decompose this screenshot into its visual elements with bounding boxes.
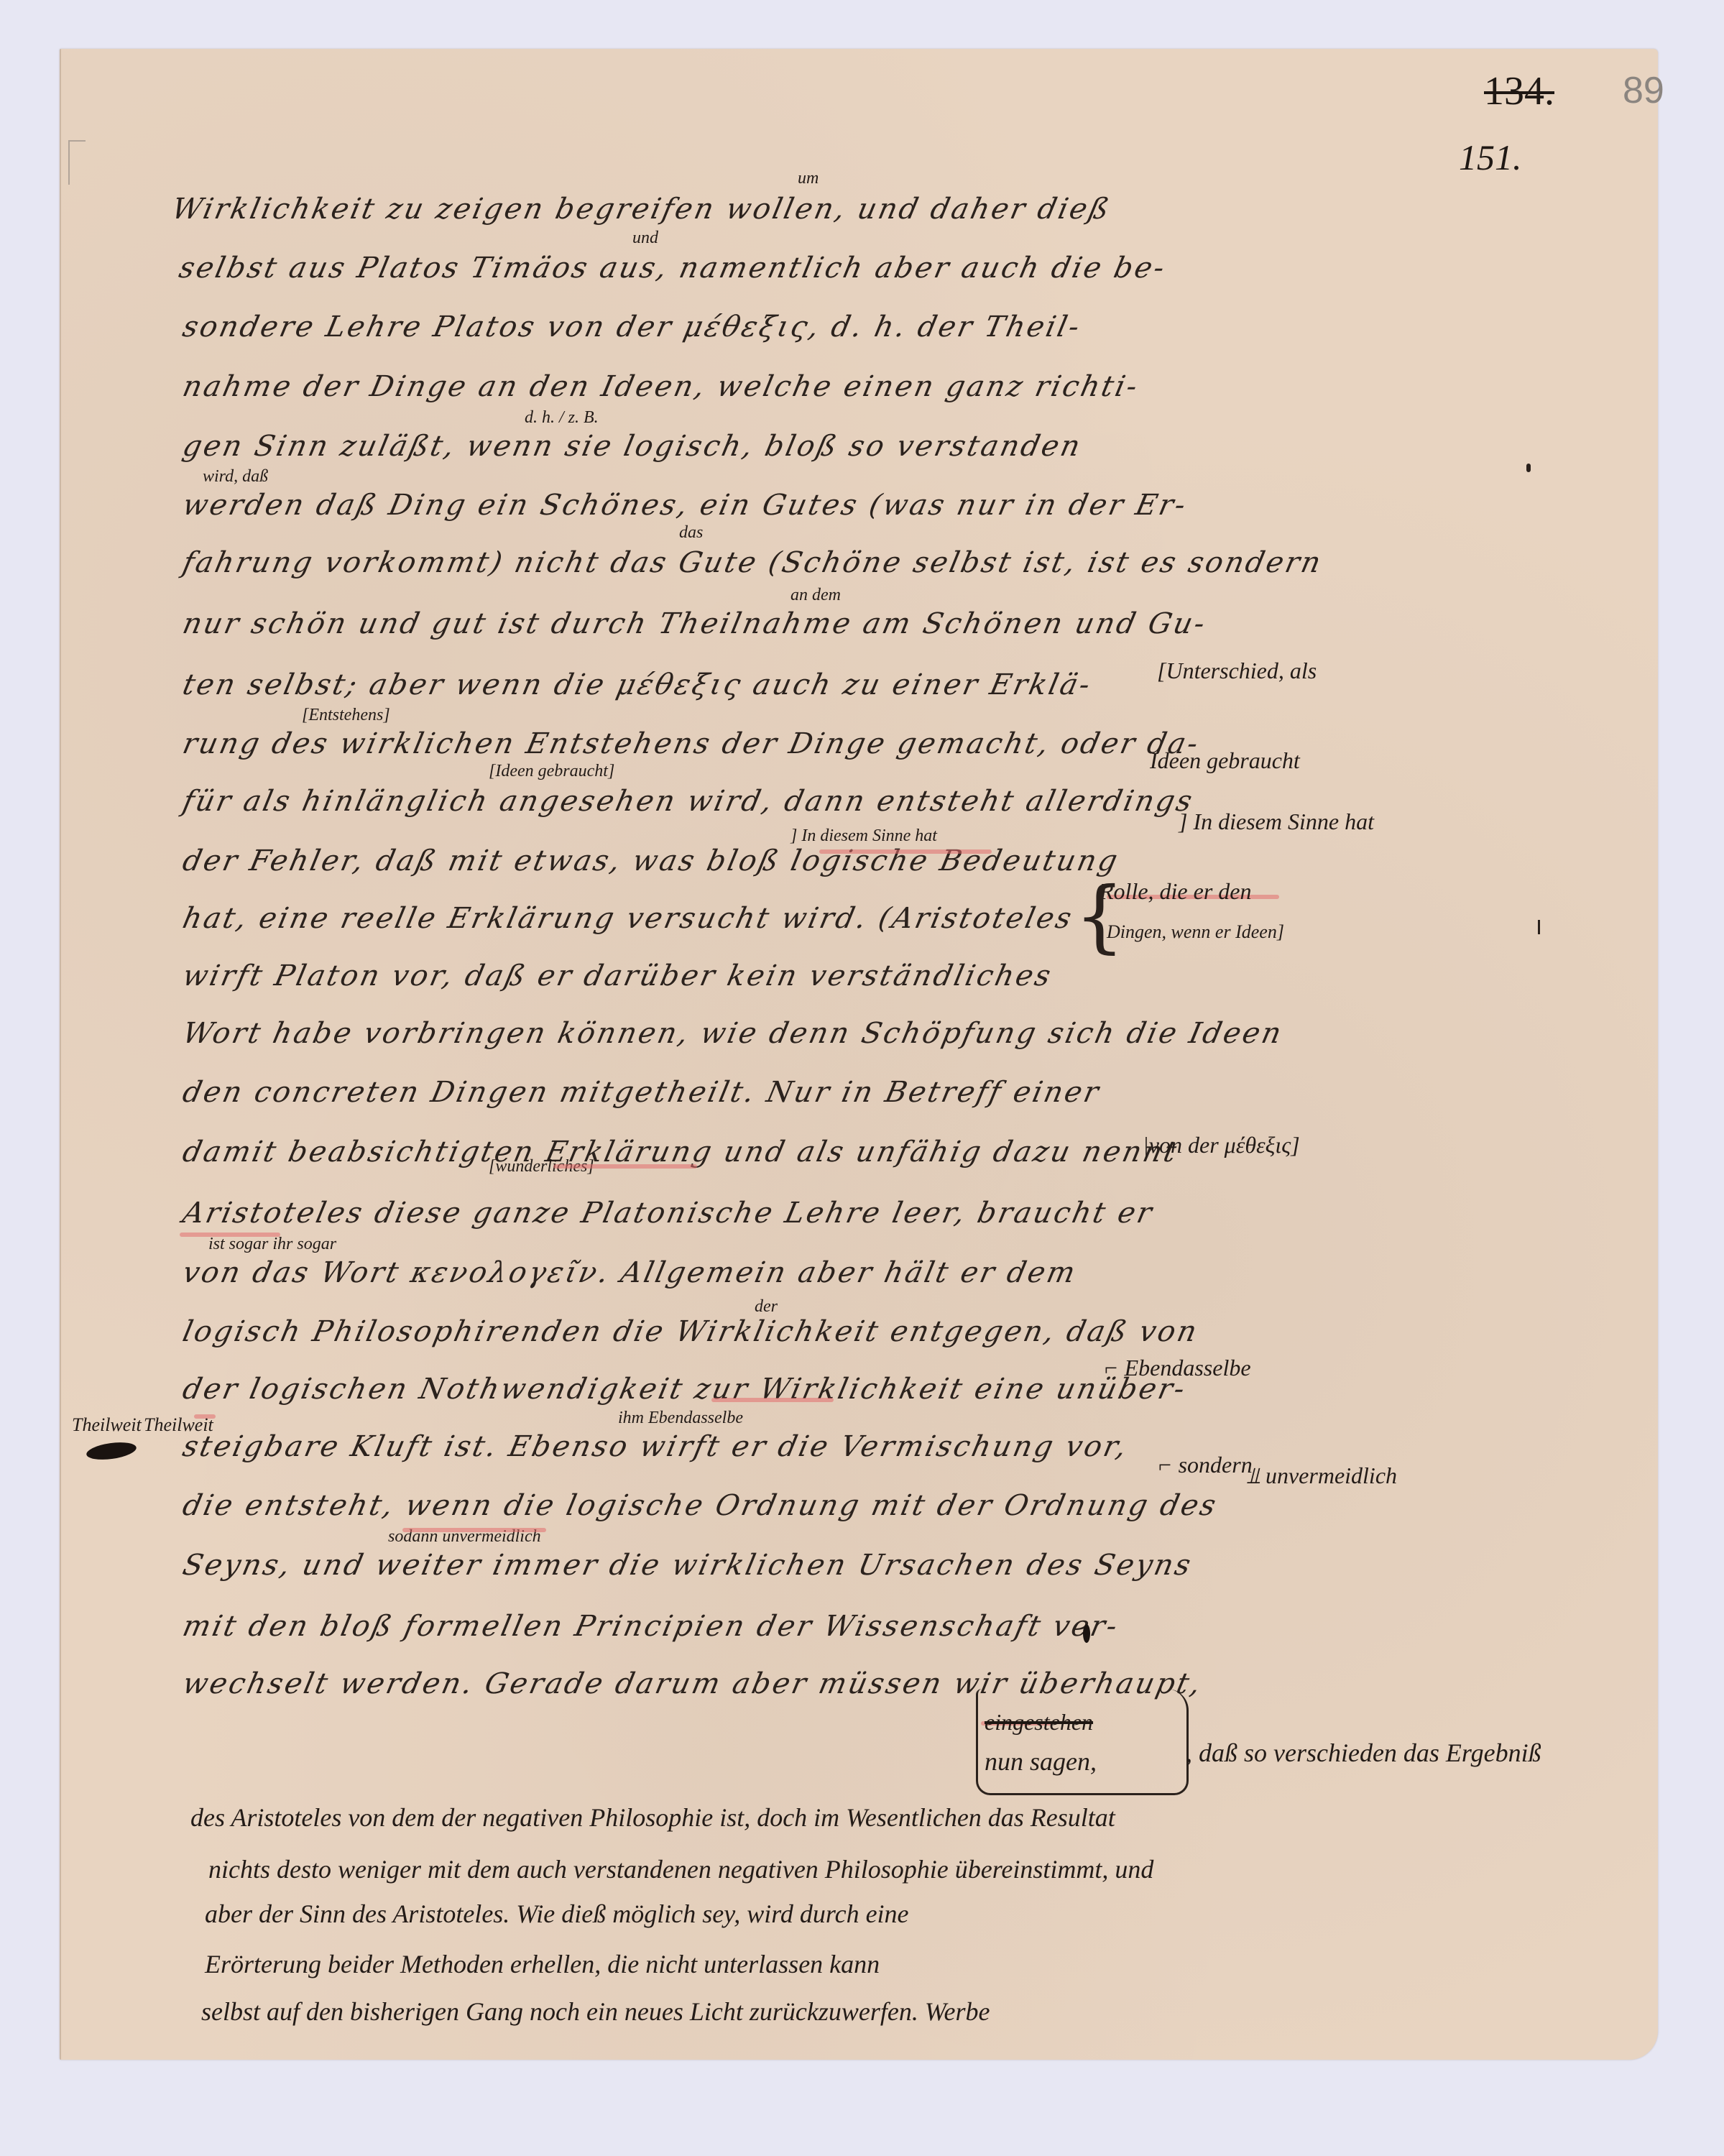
margin-note: ] In diesem Sinne hat: [1179, 808, 1374, 835]
insertion: ist sogar ihr sogar: [208, 1235, 336, 1254]
red-pencil-strike: [711, 1398, 834, 1402]
insertion: der: [755, 1297, 778, 1317]
insertion: wird, daß: [203, 467, 268, 487]
margin-tick: [1526, 464, 1531, 472]
insertion: [Ideen gebraucht]: [489, 762, 614, 781]
text-line: mit den bloß formellen Principien der Wi…: [180, 1610, 1122, 1643]
insertion: das: [679, 523, 703, 543]
insertion: an dem: [790, 586, 841, 605]
boxed-insertion-text: nun sagen,: [985, 1746, 1097, 1777]
text-line: für als hinlänglich angesehen wird, dann…: [180, 785, 1197, 818]
insertion: um: [798, 169, 819, 188]
margin-note: ⌐ sondern: [1157, 1452, 1253, 1478]
text-line: wirft Platon vor, daß er darüber kein ve…: [180, 959, 1056, 992]
text-line: Aristoteles diese ganze Platonische Lehr…: [180, 1197, 1157, 1230]
text-line: rung des wirklichen Entstehens der Dinge…: [180, 727, 1203, 760]
margin-note: Dingen, wenn er Ideen]: [1107, 921, 1284, 943]
margin-note: ⫫ unvermeidlich: [1247, 1462, 1397, 1490]
text-line: ten selbst; aber wenn die μέθεξις auch z…: [180, 668, 1095, 701]
continuation-line: selbst auf den bisherigen Gang noch ein …: [201, 1996, 990, 2027]
curly-brace-icon: {: [1074, 870, 1125, 962]
text-line: werden daß Ding ein Schönes, ein Gutes (…: [180, 489, 1191, 522]
left-margin-note: Theilweit: [144, 1414, 213, 1436]
ink-blot: [1083, 1624, 1090, 1643]
text-line: logisch Philosophirenden die Wirklichkei…: [180, 1315, 1202, 1348]
margin-note: [Unterschied, als: [1157, 658, 1317, 684]
text-line: nur schön und gut ist durch Theilnahme a…: [180, 607, 1209, 640]
insertion: und: [632, 229, 658, 248]
text-line: gen Sinn zuläßt, wenn sie logisch, bloß …: [180, 430, 1085, 463]
red-pencil-strike: [402, 1528, 546, 1532]
text-line: von das Wort κενολογεῖν. Allgemein aber …: [180, 1256, 1080, 1289]
left-margin-note: Theilweit: [72, 1414, 142, 1436]
continuation-line: aber der Sinn des Aristoteles. Wie dieß …: [205, 1899, 909, 1929]
text-line: hat, eine reelle Erklärung versucht wird…: [180, 902, 1077, 935]
folio-struck-number: 134.: [1484, 68, 1554, 114]
text-line: den concreten Dingen mitgetheilt. Nur in…: [180, 1076, 1103, 1109]
red-pencil-strike: [553, 1164, 697, 1169]
text-line: die entsteht, wenn die logische Ordnung …: [180, 1489, 1221, 1522]
boxed-insertion: [976, 1689, 1189, 1795]
text-line: Wirklichkeit zu zeigen begreifen wollen,…: [169, 193, 1114, 226]
text-line: sondere Lehre Platos von der μέθεξις, d.…: [180, 310, 1084, 344]
margin-note: |von der μέθεξις]: [1143, 1132, 1300, 1158]
insertion: ihm Ebendasselbe: [618, 1409, 743, 1428]
text-line: fahrung vorkommt) nicht das Gute (Schöne…: [180, 546, 1326, 579]
continuation-line: , daß so verschieden das Ergebniß: [1186, 1738, 1541, 1768]
boxed-insertion-deleted: eingestehen: [985, 1709, 1093, 1736]
text-line: Seyns, und weiter immer die wirklichen U…: [180, 1549, 1196, 1582]
continuation-line: des Aristoteles von dem der negativen Ph…: [190, 1802, 1115, 1833]
insertion: ] In diesem Sinne hat: [790, 826, 937, 846]
text-line: selbst aus Platos Timäos aus, namentlich…: [176, 252, 1169, 285]
red-pencil-strike: [819, 849, 992, 854]
margin-tick: [1538, 920, 1540, 934]
continuation-line: nichts desto weniger mit dem auch versta…: [208, 1854, 1153, 1884]
text-line: Wort habe vorbringen können, wie denn Sc…: [180, 1017, 1286, 1050]
text-line: nahme der Dinge an den Ideen, welche ein…: [180, 370, 1142, 403]
text-line: der logischen Nothwendigkeit zur Wirklic…: [180, 1373, 1189, 1406]
folio-current-number: 151.: [1459, 137, 1522, 178]
margin-note: Ideen gebraucht: [1150, 747, 1300, 774]
text-line: steigbare Kluft ist. Ebenso wirft er die…: [180, 1430, 1131, 1463]
insertion: d. h. / z. B.: [525, 408, 599, 428]
pencil-margin-mark: [68, 140, 86, 185]
continuation-line: Erörterung beider Methoden erhellen, die…: [205, 1949, 880, 1979]
insertion: [Entstehens]: [302, 706, 390, 725]
red-pencil-strike: [180, 1233, 280, 1237]
folio-pencil-number: 89: [1623, 69, 1664, 112]
margin-note: ⌐ Ebendasselbe: [1103, 1355, 1251, 1381]
